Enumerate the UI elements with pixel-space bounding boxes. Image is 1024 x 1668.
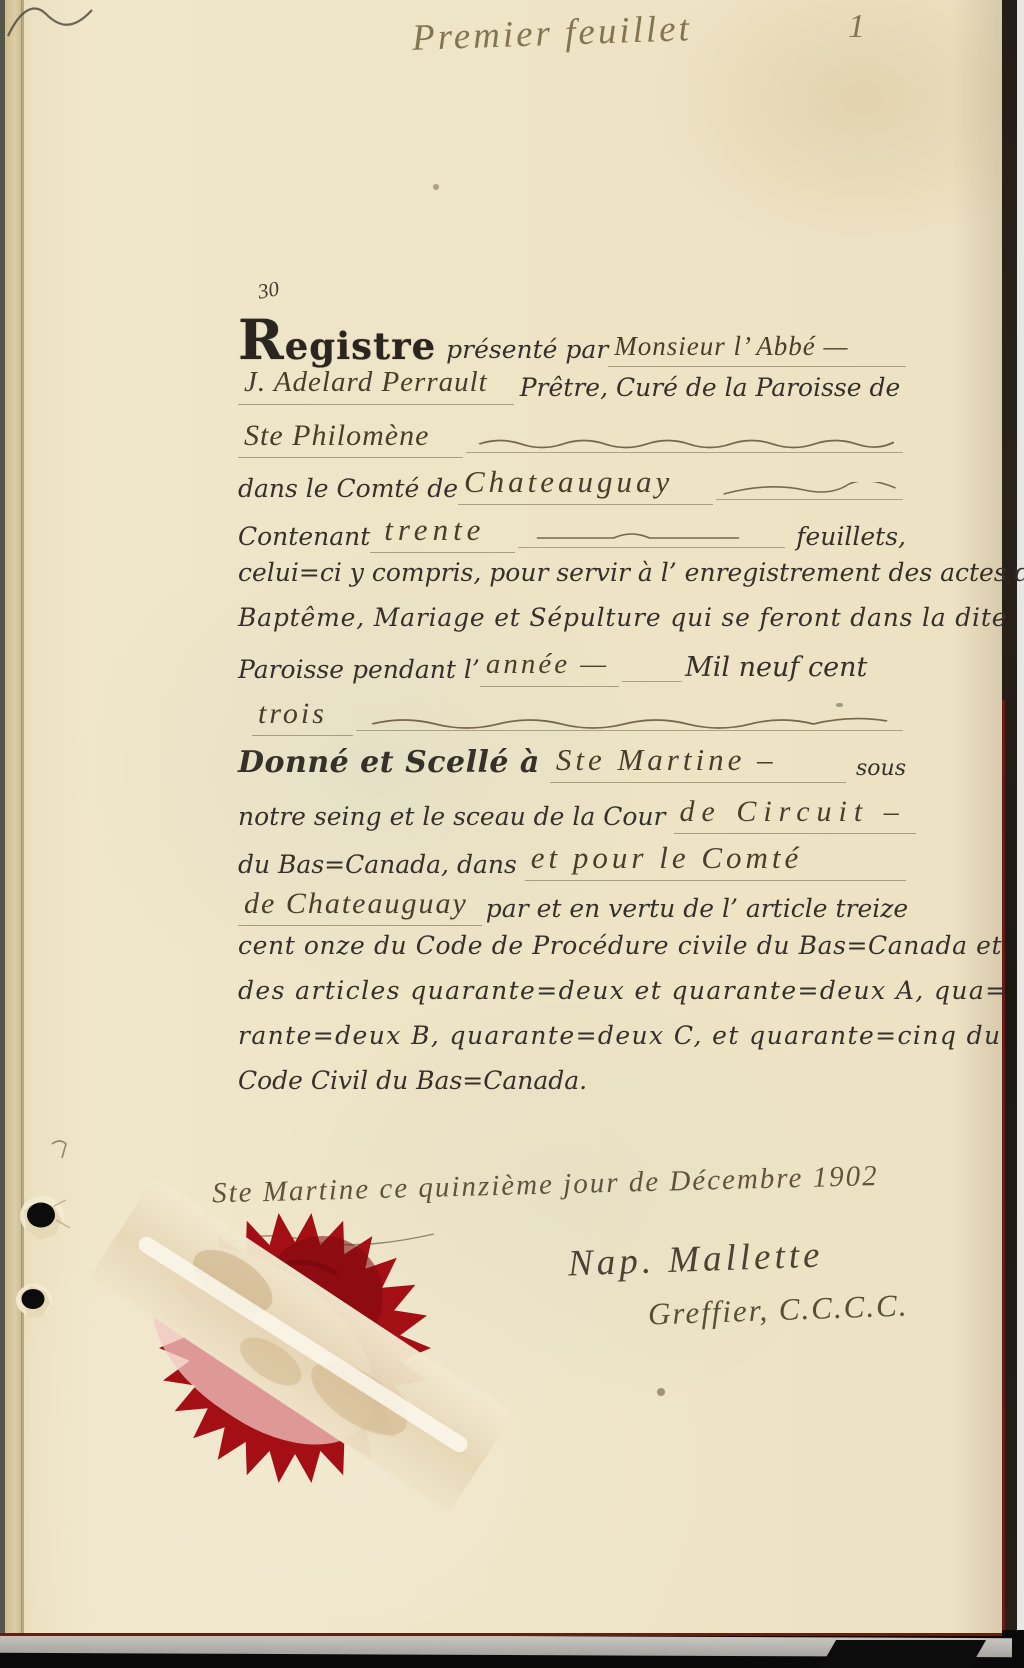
folio-number: 1 <box>848 8 865 46</box>
printed-text: Baptême, Mariage et Sépulture qui se fer… <box>238 601 1007 635</box>
corner-scribble <box>2 0 97 42</box>
printed-text: Donné et Scellé à <box>238 743 540 784</box>
fill-rule <box>716 479 903 500</box>
fill-rule <box>518 527 785 548</box>
form-line-15: des articles quarante=deux et quarante=d… <box>238 974 906 1008</box>
printed-text: cent onze du Code de Procédure civile du… <box>238 929 1002 963</box>
printed-text: notre seing et le sceau de la Cour <box>238 800 666 834</box>
handwritten-entry: Ste Martine – <box>550 740 846 783</box>
printed-text: par et en vertu de l’ article treize <box>486 892 908 926</box>
pen-flourish <box>720 482 899 498</box>
printed-text: sous <box>856 754 906 784</box>
handwritten-entry: trois <box>252 694 353 736</box>
punch-hole <box>27 1203 55 1228</box>
leaf-stack-edge <box>5 0 22 1633</box>
form-line-3: Ste Philomène <box>238 416 906 458</box>
handwritten-entry: trente <box>370 510 515 553</box>
printed-text: celui=ci y compris, pour servir à l’ enr… <box>238 556 1024 590</box>
form-line-14: cent onze du Code de Procédure civile du… <box>238 929 906 963</box>
paper-speck <box>433 184 439 190</box>
handwritten-entry: année — <box>480 646 619 687</box>
handwritten-entry: et pour le Comté <box>525 838 906 881</box>
form-line-1: Registre présenté par Monsieur l’ Abbé — <box>238 312 906 367</box>
paper-speck <box>657 1388 665 1396</box>
form-line-10: Donné et Scellé à Ste Martine – sous <box>238 740 906 783</box>
handwritten-entry: J. Adelard Perrault <box>238 364 514 405</box>
printed-text: Paroisse pendant l’ <box>238 653 480 687</box>
signature: Nap. Mallette <box>567 1234 824 1286</box>
fill-rule <box>466 432 903 453</box>
folio-annotation: Premier feuillet <box>411 7 692 60</box>
margin-tick <box>48 1136 80 1166</box>
printed-text: Mil neuf cent <box>685 650 867 686</box>
punch-holes <box>14 1190 94 1340</box>
pen-flourish <box>475 435 894 451</box>
leaf-seam <box>21 0 24 1633</box>
gutter-shadow <box>952 0 1002 1633</box>
handwritten-entry: de Chateauguay <box>238 884 482 926</box>
handwritten-entry: Ste Philomène <box>238 416 463 458</box>
form-line-8: Paroisse pendant l’ année — Mil neuf cen… <box>238 646 906 687</box>
notary-seal <box>145 1198 445 1498</box>
handwritten-entry: Monsieur l’ Abbé — <box>608 329 906 367</box>
register-title-page: Premier feuillet 1 30 Registre présenté … <box>0 0 1002 1636</box>
handwritten-entry: Chateauguay <box>458 462 713 505</box>
pen-flourish <box>367 713 892 729</box>
pen-dash <box>524 530 780 546</box>
punch-hole <box>22 1289 45 1309</box>
printed-text: présenté par <box>446 333 608 367</box>
handwritten-entry: de Circuit – <box>674 792 916 834</box>
printed-text: Prêtre, Curé de la Paroisse de <box>520 371 901 405</box>
corner-note: 30 <box>256 276 281 304</box>
fill-rule <box>356 710 903 731</box>
form-line-6: celui=ci y compris, pour servir à l’ enr… <box>238 556 906 590</box>
clerk-title: Greffier, C.C.C.C. <box>647 1287 909 1332</box>
form-line-2: J. Adelard Perrault Prêtre, Curé de la P… <box>238 364 906 405</box>
printed-text: des articles quarante=deux et quarante=d… <box>238 974 1008 1008</box>
fill-rule <box>622 661 682 682</box>
printed-text: Code Civil du Bas=Canada. <box>238 1064 587 1098</box>
form-line-5: Contenant trente feuillets, <box>238 510 906 553</box>
scale-strip-shadow <box>820 1640 986 1668</box>
form-line-7: Baptême, Mariage et Sépulture qui se fer… <box>238 601 906 635</box>
register-page-photo: Premier feuillet 1 30 Registre présenté … <box>0 0 1024 1668</box>
printed-title-word: Registre <box>238 312 436 367</box>
printed-text: dans le Comté de <box>238 472 458 506</box>
printed-text: du Bas=Canada, dans <box>238 848 517 882</box>
form-line-12: du Bas=Canada, dans et pour le Comté <box>238 838 906 881</box>
printed-text: feuillets, <box>796 520 906 554</box>
printed-text: rante=deux B, quarante=deux C, et quaran… <box>238 1019 1001 1053</box>
form-line-16: rante=deux B, quarante=deux C, et quaran… <box>238 1019 906 1053</box>
form-line-11: notre seing et le sceau de la Cour de Ci… <box>238 792 906 834</box>
form-line-9: trois <box>252 694 906 736</box>
form-line-4: dans le Comté de Chateauguay <box>238 462 906 505</box>
printed-text: Contenant <box>238 520 370 554</box>
form-line-13: de Chateauguay par et en vertu de l’ art… <box>238 884 906 926</box>
form-line-17: Code Civil du Bas=Canada. <box>238 1064 906 1098</box>
